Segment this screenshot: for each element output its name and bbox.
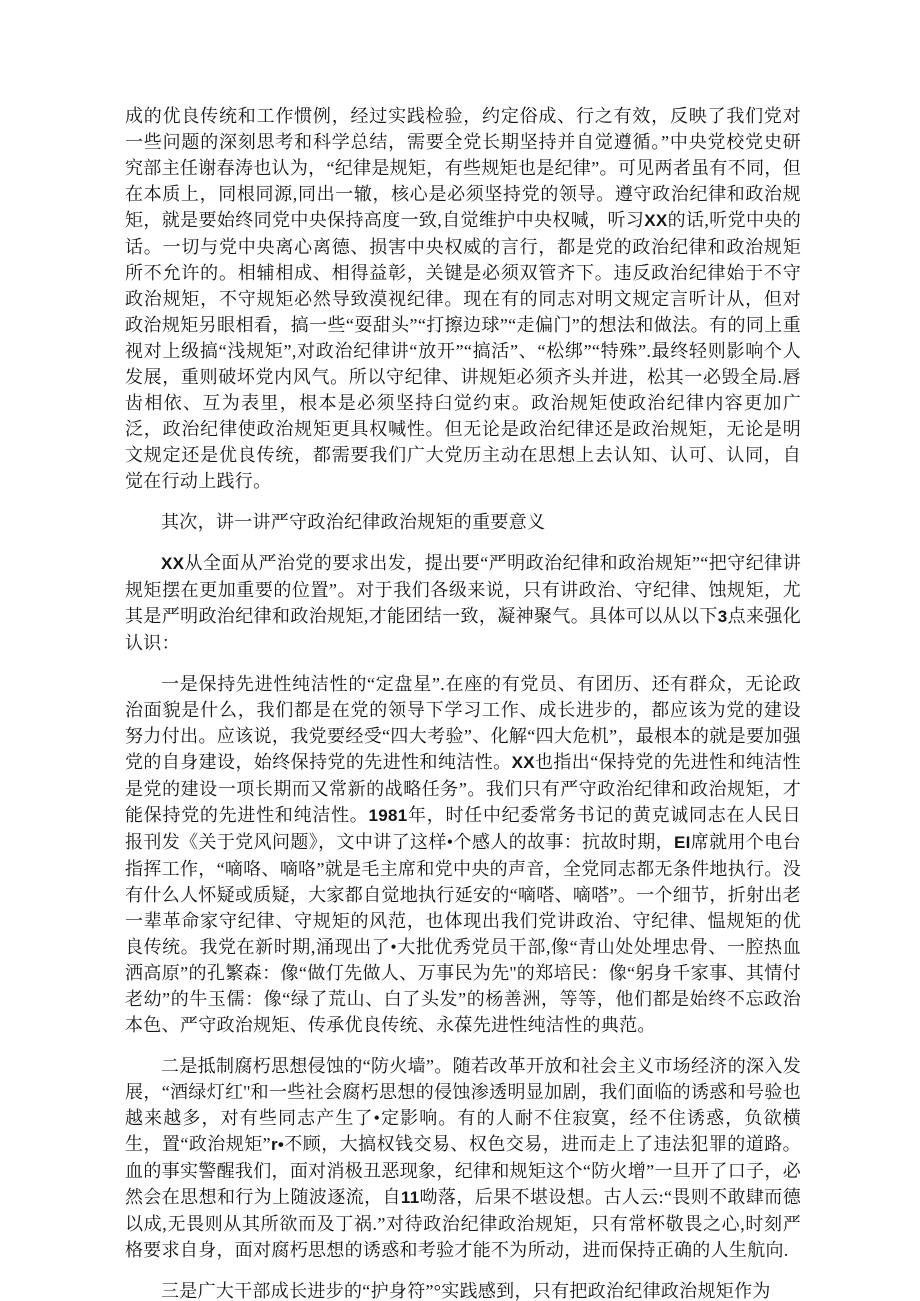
intro-paragraph: XX从全面从严治党的要求出发，提出要“严明政治纪律和政治规矩”“把守纪律讲规矩摆… [125,550,801,656]
document-page: 成的优良传统和工作惯例，经过实践检验，约定俗成、行之有效，反映了我们党对一些问题… [0,0,920,1301]
bold-text-run: XX [512,753,535,772]
continuation-paragraph: 成的优良传统和工作惯例，经过实践检验，约定俗成、行之有效，反映了我们党对一些问题… [125,103,801,494]
text-run: 的话,听党中央的话。一切与党中央离心离德、损害中央权威的言行，都是党的政治纪律和… [125,210,801,491]
document-body: 成的优良传统和工作惯例，经过实践检验，约定俗成、行之有效，反映了我们党对一些问题… [125,103,801,1301]
bold-text-run: r• [271,1135,284,1154]
bold-text-run: XX [161,554,184,573]
text-run: 三是广大干部成长进步的“护身符”°实践感到，只有把政治纪律政治规矩作为 [161,1281,771,1301]
point-one-paragraph: 一是保持先进性纯洁性的“定盘星”.在座的有党员、有团历、还有群众，无论政治面貌是… [125,671,801,1038]
bold-text-run: 1981 [369,806,408,825]
text-run: 席就用个电台指挥工作，“嘀咯、嘀咯”就是毛主席和党中央的声音，全党同志都无条件地… [125,832,801,1035]
text-run: 其次，讲一讲严守政治纪律政治规矩的重要意义 [161,512,545,532]
point-three-paragraph: 三是广大干部成长进步的“护身符”°实践感到，只有把政治纪律政治规矩作为 [125,1278,801,1301]
point-two-paragraph: 二是抵制腐朽思想侵蚀的“防火墙”。随若改革开放和社会主义市场经济的深入发展，“酒… [125,1053,801,1263]
bold-text-run: EI [674,833,691,852]
section-heading: 其次，讲一讲严守政治纪律政治规矩的重要意义 [125,509,801,535]
bold-text-run: 3 [718,607,728,626]
text-run: 从全面从严治党的要求出发，提出要“严明政治纪律和政治规矩”“把守纪律讲规矩摆在更… [125,553,801,626]
bold-text-run: XX [644,211,667,230]
bold-text-run: 11 [401,1188,420,1207]
